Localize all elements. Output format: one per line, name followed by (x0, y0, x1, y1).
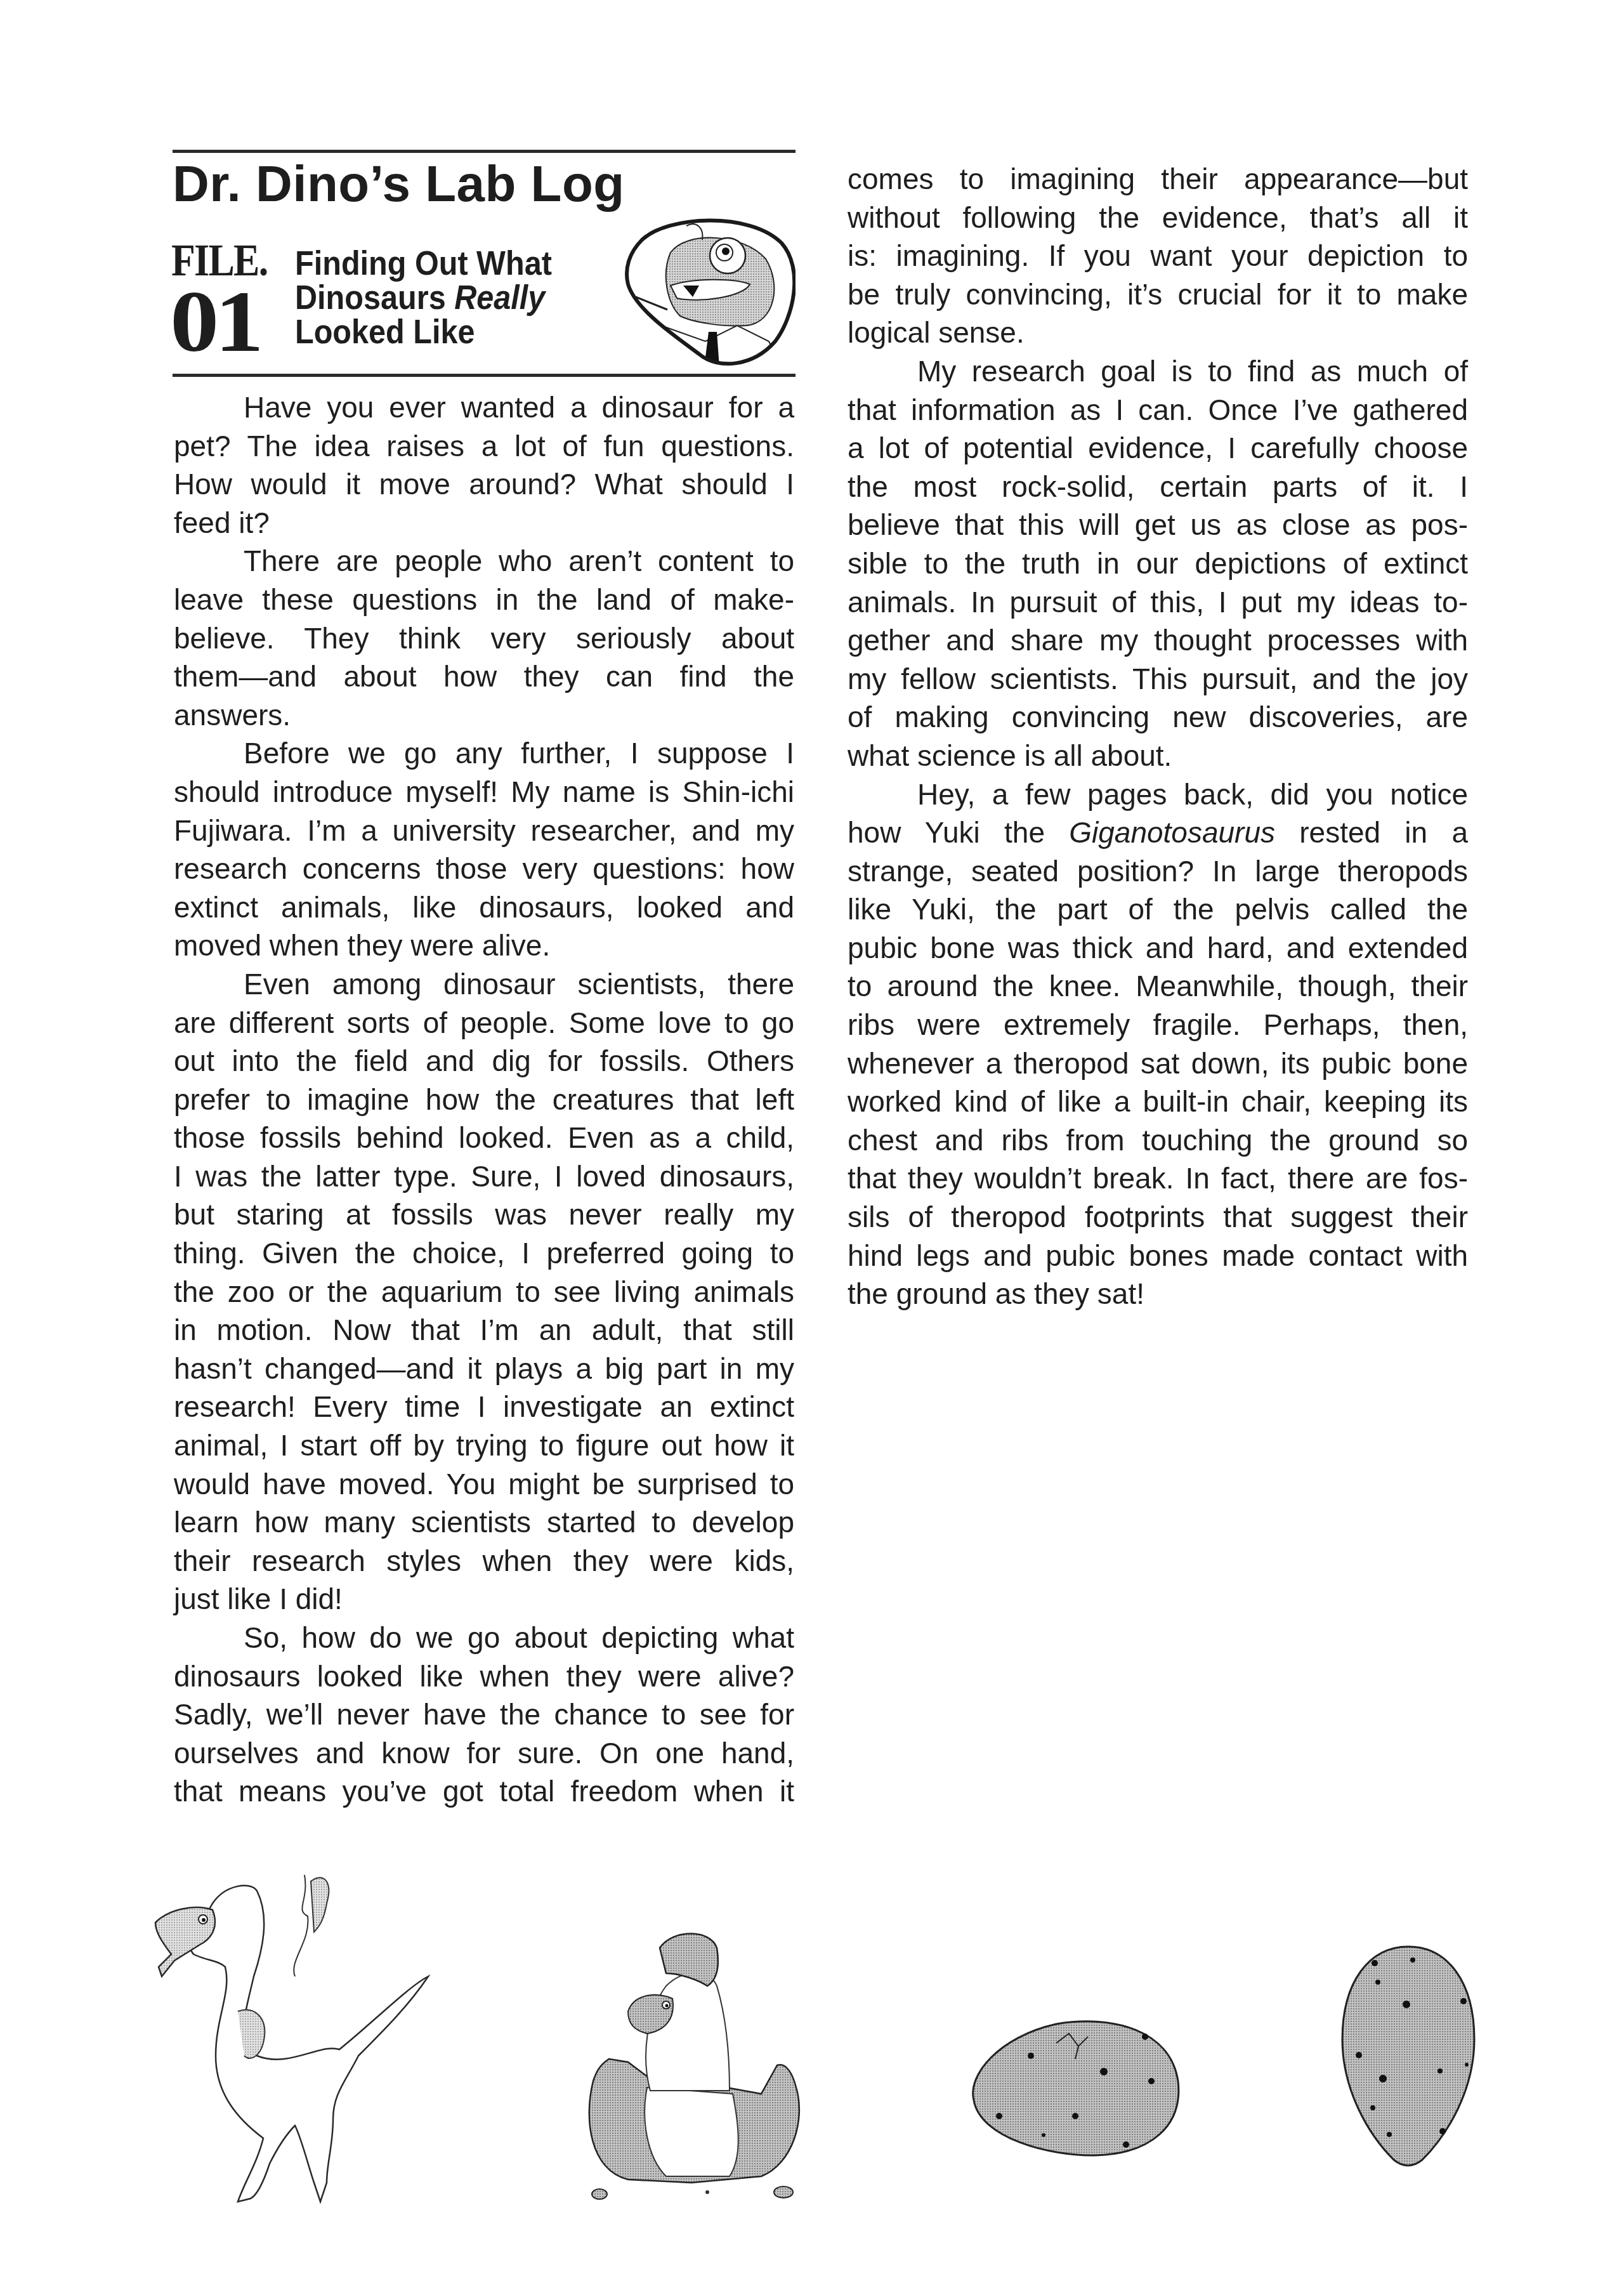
text-line: pet? The idea raises a lot of fun questi… (174, 427, 794, 466)
text-line: without following the evidence, that’s a… (848, 199, 1468, 237)
text-line: Hey, a few pages back, did you notice (848, 775, 1468, 814)
text-line: logical sense. (848, 313, 1468, 352)
header-top-rule (173, 150, 796, 153)
text-line: My research goal is to find as much of (848, 352, 1468, 391)
text-line: pubic bone was thick and hard, and exten… (848, 929, 1468, 968)
hatchling-in-egg-illustration (571, 1929, 825, 2208)
text-line: in motion. Now that I’m an adult, that s… (174, 1311, 794, 1350)
text-line: of making convincing new discoveries, ar… (848, 698, 1468, 737)
text-line: Fujiwara. I’m a university researcher, a… (174, 812, 794, 850)
text-line: animal, I start off by trying to figure … (174, 1426, 794, 1465)
text-line: hind legs and pubic bones made contact w… (848, 1237, 1468, 1275)
text-line: strange, seated position? In large thero… (848, 852, 1468, 891)
text-line: moved when they were alive. (174, 926, 794, 965)
text-line: a lot of potential evidence, I carefully… (848, 429, 1468, 468)
text-line: I was the latter type. Sure, I loved din… (174, 1157, 794, 1196)
header-bottom-rule (173, 374, 796, 377)
text-line: How would it move around? What should I (174, 465, 794, 504)
text-line: their research styles when they were kid… (174, 1542, 794, 1581)
text-line: that means you’ve got total freedom when… (174, 1772, 794, 1811)
text-line: There are people who aren’t content to (174, 542, 794, 581)
text-line: just like I did! (174, 1580, 794, 1619)
text-line: is: imagining. If you want your depictio… (848, 237, 1468, 275)
text-line: feed it? (174, 504, 794, 542)
text-line: sils of theropod footprints that suggest… (848, 1198, 1468, 1237)
cracking-egg-illustration (961, 2011, 1183, 2164)
text-line: but staring at fossils was never really … (174, 1195, 794, 1234)
text-line: the most rock-solid, certain parts of it… (848, 468, 1468, 506)
text-line: leave these questions in the land of mak… (174, 581, 794, 619)
dr-dino-portrait-icon (623, 214, 796, 367)
adult-raptor-illustration (143, 1865, 523, 2221)
text-line: learn how many scientists started to dev… (174, 1503, 794, 1542)
text-line: them—and about how they can find the (174, 657, 794, 696)
text-line: extinct animals, like dinosaurs, looked … (174, 888, 794, 927)
article-subtitle: Finding Out What Dinosaurs Really Looked… (295, 246, 552, 349)
text-line: the ground as they sat! (848, 1275, 1468, 1313)
text-line: dinosaurs looked like when they were ali… (174, 1657, 794, 1696)
upright-egg-illustration (1340, 1944, 1477, 2167)
text-line: those fossils behind looked. Even as a c… (174, 1119, 794, 1157)
text-line: Before we go any further, I suppose I (174, 734, 794, 773)
text-line: animals. In pursuit of this, I put my id… (848, 583, 1468, 622)
text-line: should introduce myself! My name is Shin… (174, 773, 794, 812)
text-line: gether and share my thought processes wi… (848, 621, 1468, 660)
text-line: answers. (174, 696, 794, 735)
right-text-column: comes to imagining their appearance—butw… (848, 160, 1468, 1313)
text-line: how Yuki the Giganotosaurus rested in a (848, 813, 1468, 852)
page-title: Dr. Dino’s Lab Log (173, 159, 625, 209)
text-line: whenever a theropod sat down, its pubic … (848, 1044, 1468, 1083)
text-line: hasn’t changed—and it plays a big part i… (174, 1350, 794, 1388)
text-line: comes to imagining their appearance—but (848, 160, 1468, 199)
text-line: ribs were extremely fragile. Perhaps, th… (848, 1006, 1468, 1044)
subtitle-line-1: Finding Out What (295, 246, 552, 280)
text-line: the zoo or the aquarium to see living an… (174, 1273, 794, 1311)
text-line: be truly convincing, it’s crucial for it… (848, 275, 1468, 314)
text-line: worked kind of like a built-in chair, ke… (848, 1082, 1468, 1121)
text-line: believe that this will get us as close a… (848, 506, 1468, 544)
text-line: to around the knee. Meanwhile, though, t… (848, 967, 1468, 1006)
text-line: my fellow scientists. This pursuit, and … (848, 660, 1468, 699)
text-line: Sadly, we’ll never have the chance to se… (174, 1695, 794, 1734)
text-line: believe. They think very seriously about (174, 619, 794, 658)
text-line: would have moved. You might be surprised… (174, 1465, 794, 1504)
text-line: ourselves and know for sure. On one hand… (174, 1734, 794, 1773)
text-line: research concerns those very questions: … (174, 850, 794, 888)
subtitle-line-2: Dinosaurs Really (295, 280, 552, 315)
file-number: 01 (170, 278, 259, 365)
text-line: that they wouldn’t break. In fact, there… (848, 1159, 1468, 1198)
text-line: are different sorts of people. Some love… (174, 1004, 794, 1042)
text-line: prefer to imagine how the creatures that… (174, 1081, 794, 1119)
text-line: Have you ever wanted a dinosaur for a (174, 388, 794, 427)
text-line: that information as I can. Once I’ve gat… (848, 391, 1468, 430)
text-line: sible to the truth in our depictions of … (848, 544, 1468, 583)
text-line: So, how do we go about depicting what (174, 1619, 794, 1657)
left-text-column: Have you ever wanted a dinosaur for apet… (174, 388, 794, 1811)
text-line: out into the field and dig for fossils. … (174, 1042, 794, 1081)
text-line: what science is all about. (848, 737, 1468, 775)
text-line: thing. Given the choice, I preferred goi… (174, 1234, 794, 1273)
text-line: research! Every time I investigate an ex… (174, 1388, 794, 1426)
text-line: Even among dinosaur scientists, there (174, 965, 794, 1004)
text-line: like Yuki, the part of the pelvis called… (848, 890, 1468, 929)
text-line: chest and ribs from touching the ground … (848, 1121, 1468, 1160)
subtitle-line-3: Looked Like (295, 315, 552, 349)
